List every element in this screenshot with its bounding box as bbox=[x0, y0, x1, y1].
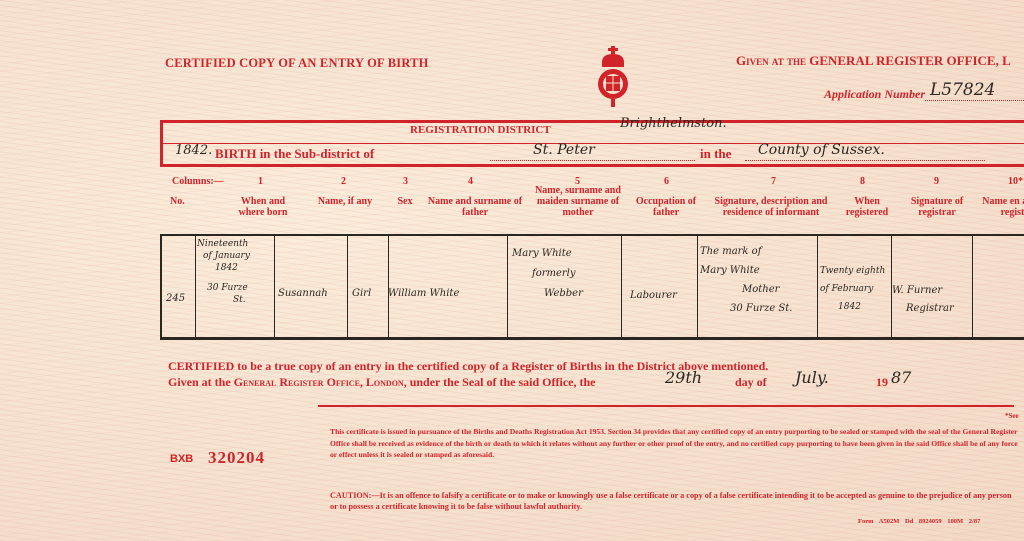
birth-subdistrict-label: BIRTH in the Sub-district of bbox=[215, 146, 374, 162]
column-header-mother: Name, surname and maiden surname of moth… bbox=[528, 185, 628, 218]
column-header-occupation: Occupation of father bbox=[632, 196, 700, 218]
informant-line-2: Mary White bbox=[700, 261, 792, 280]
certification-year-prefix: 19 bbox=[876, 375, 888, 390]
entry-when-where-born: Nineteenth of January 1842 30 Furze St. bbox=[197, 238, 250, 306]
entry-registrar: W. Furner Registrar bbox=[892, 282, 954, 318]
column-header-when-registered: When registered bbox=[837, 196, 897, 218]
column-divider bbox=[274, 236, 275, 337]
entry-father: William White bbox=[388, 287, 459, 301]
entry-mother: Mary White formerly Webber bbox=[512, 244, 583, 304]
statute-notice: This certificate is issued in pursuance … bbox=[330, 426, 1020, 461]
application-number-value: L57824 bbox=[930, 80, 995, 100]
subdistrict-value: St. Peter bbox=[533, 142, 595, 158]
given-at-office: General Register Office, London bbox=[234, 375, 404, 389]
column-number-1: 1 bbox=[258, 176, 263, 187]
day-of-label: day of bbox=[735, 375, 767, 390]
certification-month: July. bbox=[795, 368, 829, 387]
registration-year: 1842. bbox=[175, 143, 212, 158]
entry-occupation: Labourer bbox=[630, 289, 677, 303]
given-at-text-a: Given at the bbox=[168, 375, 234, 389]
column-number-2: 2 bbox=[341, 176, 346, 187]
registrar-line-2: Registrar bbox=[892, 300, 954, 318]
entry-informant: The mark of Mary White Mother 30 Furze S… bbox=[700, 242, 792, 318]
column-divider bbox=[195, 236, 196, 337]
column-divider bbox=[507, 236, 508, 337]
column-number-7: 7 bbox=[771, 176, 776, 187]
column-number-4: 4 bbox=[468, 176, 473, 187]
given-at-header: Given at the GENERAL REGISTER OFFICE, L bbox=[736, 53, 1011, 69]
serial-number: 320204 bbox=[208, 448, 265, 468]
column-header-father: Name and surname of father bbox=[425, 196, 525, 218]
registered-line-1: Twenty eighth bbox=[820, 262, 885, 280]
certification-year-suffix: 87 bbox=[891, 368, 911, 387]
form-reference: Form A502M Dd 8924059 100M 2/87 bbox=[858, 518, 980, 525]
column-number-9: 9 bbox=[934, 176, 939, 187]
born-line-2: of January bbox=[197, 250, 250, 262]
columns-label: Columns:— bbox=[172, 176, 224, 187]
informant-line-4: 30 Furze St. bbox=[700, 299, 792, 318]
county-line bbox=[745, 160, 985, 161]
entry-sex: Girl bbox=[352, 287, 371, 301]
born-line-5: St. bbox=[197, 294, 250, 306]
application-number-label: Application Number bbox=[824, 87, 925, 102]
column-divider bbox=[817, 236, 818, 337]
column-number-8: 8 bbox=[860, 176, 865, 187]
column-header-no: No. bbox=[170, 196, 200, 207]
subdistrict-line bbox=[490, 160, 695, 161]
certificate-title: CERTIFIED COPY OF AN ENTRY OF BIRTH bbox=[165, 56, 429, 71]
column-number-3: 3 bbox=[403, 176, 408, 187]
registered-line-3: 1842 bbox=[820, 298, 885, 316]
registration-district-label: REGISTRATION DISTRICT bbox=[410, 124, 551, 136]
mother-line-2: formerly bbox=[512, 264, 583, 284]
given-at-text-c: , under the Seal of the said Office, the bbox=[404, 375, 596, 389]
caution-notice: CAUTION:—It is an offence to falsify a c… bbox=[330, 490, 1020, 512]
registered-line-2: of February bbox=[820, 280, 885, 298]
column-divider bbox=[697, 236, 698, 337]
entry-number: 245 bbox=[166, 292, 185, 306]
application-number-line bbox=[925, 100, 1024, 101]
entry-when-registered: Twenty eighth of February 1842 bbox=[820, 262, 885, 316]
signature-rule bbox=[318, 405, 1014, 407]
mother-line-1: Mary White bbox=[512, 244, 583, 264]
column-header-sex: Sex bbox=[390, 196, 420, 207]
certification-day: 29th bbox=[665, 368, 702, 387]
column-header-registrar: Signature of registrar bbox=[902, 196, 972, 218]
informant-line-3: Mother bbox=[700, 280, 792, 299]
column-header-when-where-born: When and where born bbox=[232, 196, 294, 218]
born-line-1: Nineteenth bbox=[197, 238, 250, 250]
column-header-name-after: Name en after regist bbox=[975, 196, 1024, 218]
entry-name: Susannah bbox=[278, 287, 328, 301]
mother-line-3: Webber bbox=[512, 284, 583, 304]
county-value: County of Sussex. bbox=[758, 142, 885, 158]
informant-line-1: The mark of bbox=[700, 242, 792, 261]
column-number-6: 6 bbox=[664, 176, 669, 187]
registration-district-value: Brighthelmston. bbox=[620, 116, 727, 131]
born-line-3: 1842 bbox=[197, 262, 250, 274]
column-divider bbox=[621, 236, 622, 337]
given-at-statement: Given at the General Register Office, Lo… bbox=[168, 375, 595, 390]
column-header-informant: Signature, description and residence of … bbox=[705, 196, 837, 218]
royal-coat-of-arms-icon bbox=[597, 46, 629, 112]
column-number-10: 10* bbox=[1008, 176, 1023, 187]
see-footnote: *See bbox=[1005, 412, 1019, 420]
registrar-line-1: W. Furner bbox=[892, 282, 954, 300]
column-divider bbox=[347, 236, 348, 337]
county-label: in the bbox=[700, 146, 731, 162]
column-divider bbox=[972, 236, 973, 337]
column-header-name: Name, if any bbox=[310, 196, 380, 207]
born-line-4: 30 Furze bbox=[197, 282, 250, 294]
serial-prefix: BXB bbox=[170, 453, 193, 465]
